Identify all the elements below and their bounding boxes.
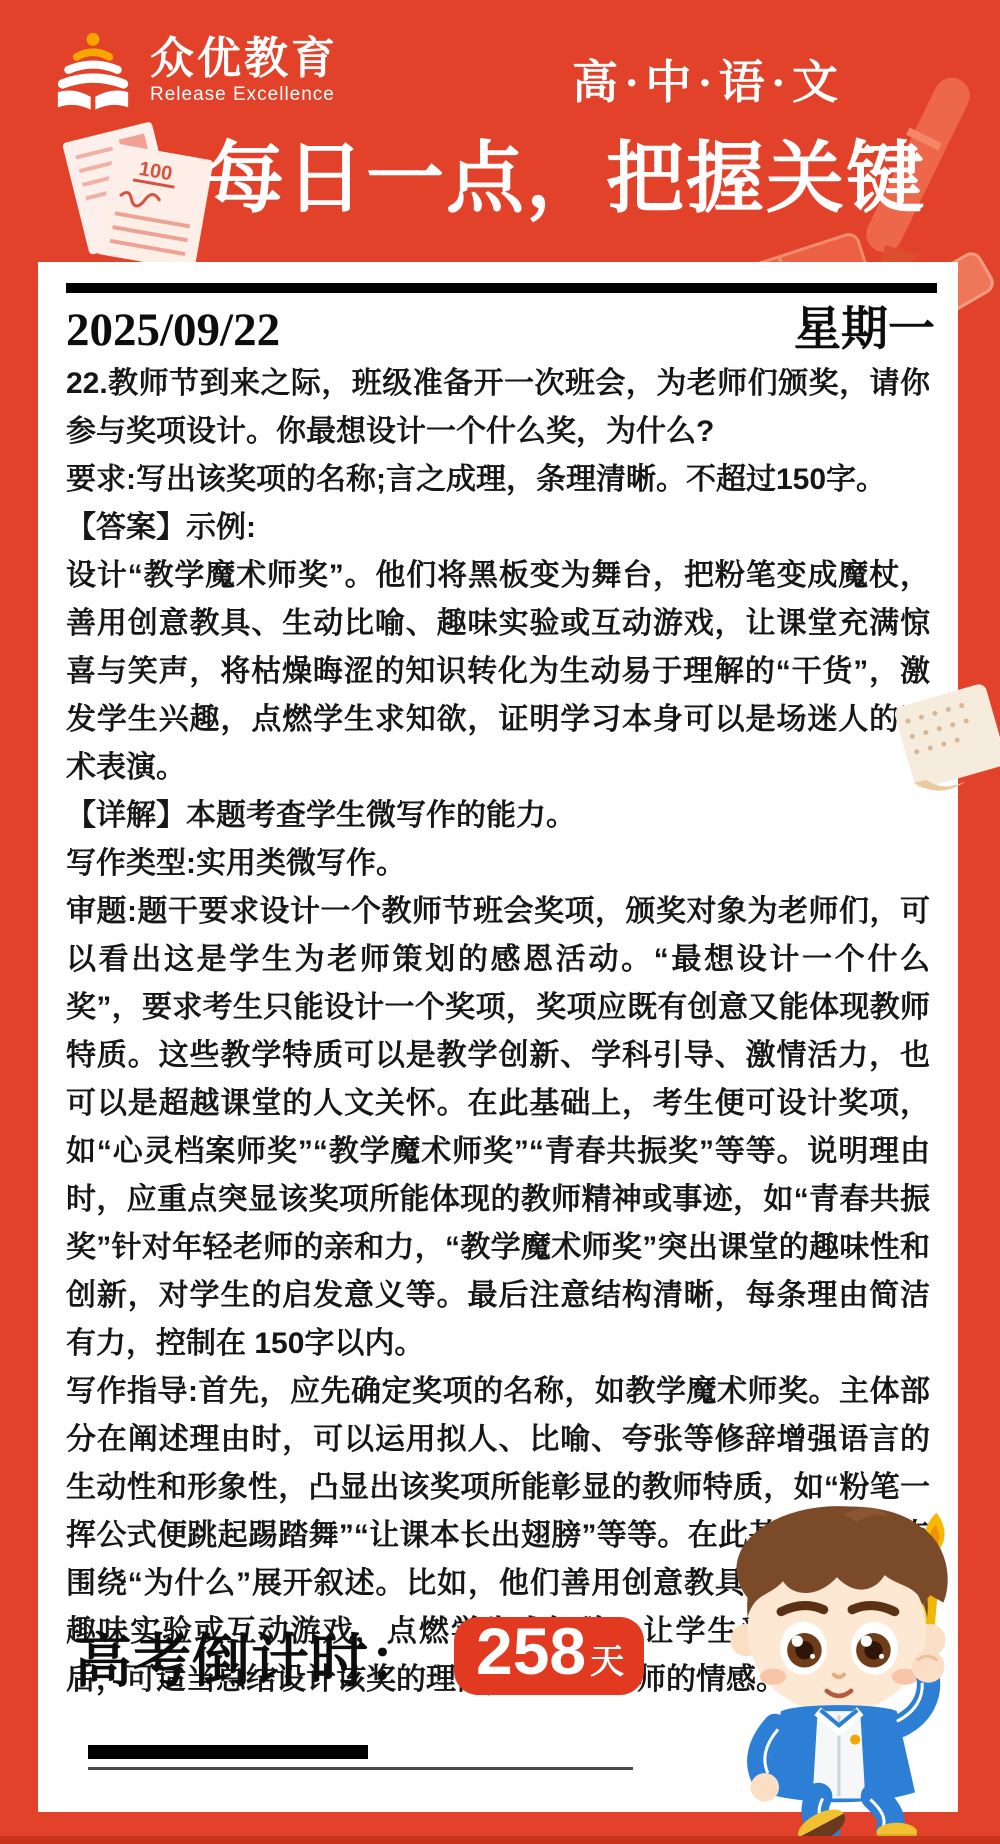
brand-name: 众优教育 [150, 36, 338, 82]
logo-icon [52, 30, 134, 112]
brand-logo: 众优教育 Release Excellence [52, 30, 338, 112]
bottom-accent-strip [0, 1836, 1000, 1844]
question-paragraph: 22.教师节到来之际，班级准备开一次班会，为老师们颁奖，请你参与奖项设计。你最想… [66, 360, 930, 456]
countdown-badge: 258 天 [454, 1617, 644, 1694]
bottom-thin-line [88, 1767, 633, 1770]
answer-paragraph: 设计“教学魔术师奖”。他们将黑板变为舞台，把粉笔变成魔杖，善用创意教具、生动比喻… [66, 552, 930, 792]
countdown-unit: 天 [590, 1634, 624, 1683]
student-mascot [722, 1496, 966, 1836]
poster-page: 众优教育 Release Excellence 高·中·语·文 100 每日一点… [0, 0, 1000, 1844]
brand-slogan: Release Excellence [150, 84, 338, 106]
bottom-black-bar [88, 1745, 368, 1759]
analysis-heading: 【详解】本题考查学生微写作的能力。 [66, 792, 930, 840]
notebook-sticker-decoration [878, 678, 1000, 798]
countdown-days: 258 [476, 1617, 586, 1686]
topic-analysis-paragraph: 审题:题干要求设计一个教师节班会奖项，颁奖对象为老师们，可以看出这是学生为老师策… [66, 888, 930, 1368]
writing-type-paragraph: 写作类型:实用类微写作。 [66, 840, 930, 888]
subject-label: 高·中·语·文 [572, 46, 844, 112]
exam-paper-icon: 100 [44, 116, 219, 266]
weekday-label: 星期一 [794, 292, 935, 359]
page-title: 每日一点，把握关键 [206, 116, 926, 228]
requirement-paragraph: 要求:写出该奖项的名称;言之成理，条理清晰。不超过150字。 [66, 456, 930, 504]
date-label: 2025/09/22 [66, 303, 280, 357]
gaokao-countdown: 高考倒计时： 258 天 [74, 1614, 644, 1698]
countdown-label: 高考倒计时： [74, 1614, 428, 1698]
answer-heading: 【答案】示例: [66, 504, 930, 552]
